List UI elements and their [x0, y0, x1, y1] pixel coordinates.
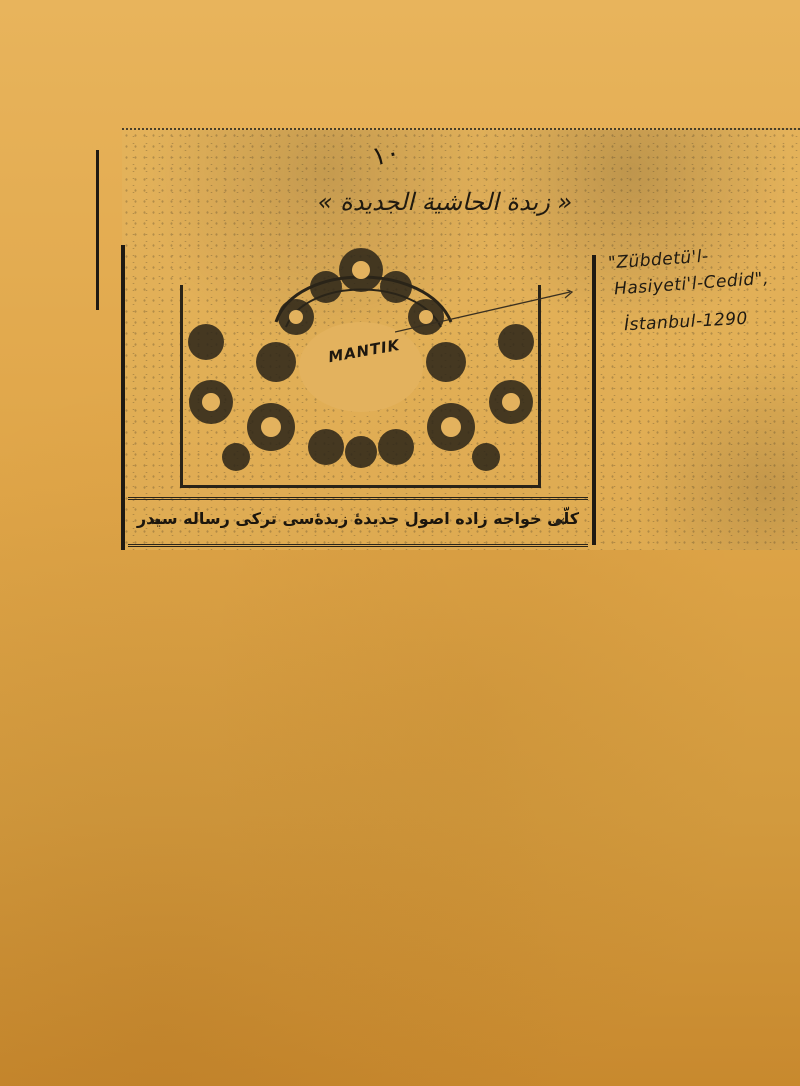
left-margin-rule: [96, 150, 99, 310]
leaf-ornament-icon: ☙: [552, 512, 566, 531]
footer-band: ❧ كلّى خواجه زاده اصول جديدۀ زبدۀسى تركى…: [128, 497, 588, 547]
footer-arabic-text: كلّى خواجه زاده اصول جديدۀ زبدۀسى تركى ر…: [128, 509, 588, 528]
page-number: ١٠: [369, 137, 403, 172]
arabic-title: « زبدة الحاشية الجديدة »: [300, 188, 590, 216]
left-page-rule: [121, 245, 125, 550]
right-page-rule: [592, 255, 596, 545]
annotation-arrow-icon: [395, 290, 580, 340]
